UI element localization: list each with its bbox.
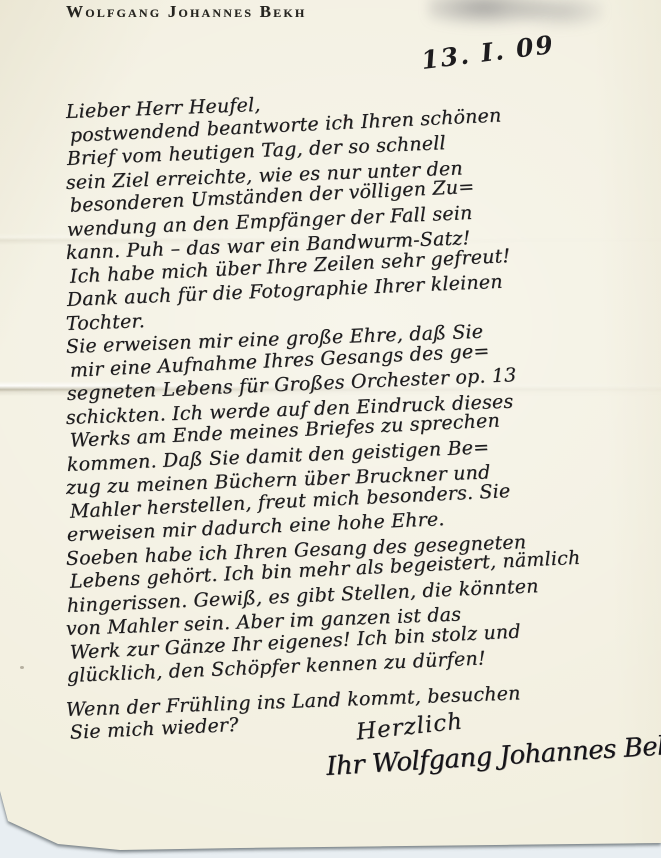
letter-paper: Wolfgang Johannes Bekh 13. I. 09 Lieber … xyxy=(0,0,661,858)
scanner-background: Wolfgang Johannes Bekh 13. I. 09 Lieber … xyxy=(0,0,661,858)
paragraph-1: Lieber Herr Heufel, postwendend beantwor… xyxy=(66,101,636,336)
letter-date: 13. I. 09 xyxy=(420,32,556,73)
letter-paper-wrap: Wolfgang Johannes Bekh 13. I. 09 Lieber … xyxy=(0,0,661,858)
scan-smudge xyxy=(428,0,603,34)
paragraph-3: Soeben habe ich Ihren Gesang des gesegne… xyxy=(66,548,636,689)
paper-speck xyxy=(20,666,24,669)
paragraph-2: Sie erweisen mir eine große Ehre, daß Si… xyxy=(66,336,636,548)
letter-body: Lieber Herr Heufel, postwendend beantwor… xyxy=(66,101,636,746)
letterhead-name: Wolfgang Johannes Bekh xyxy=(66,2,306,22)
